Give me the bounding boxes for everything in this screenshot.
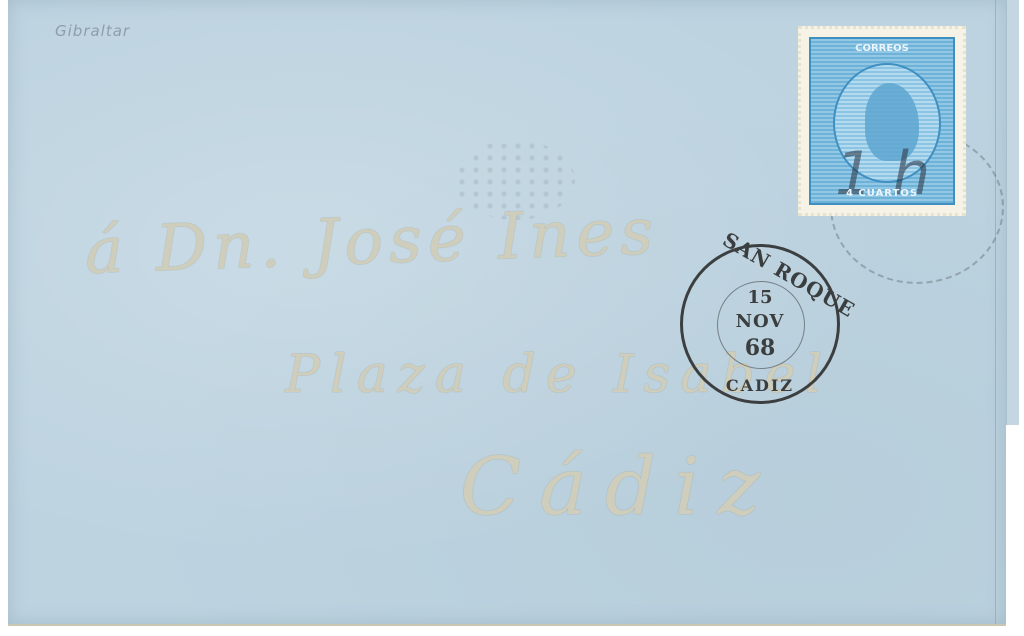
postmark-day: 15 (683, 287, 837, 308)
stamp-frame: CORREOS 1 h 4 CUARTOS (809, 37, 955, 205)
fold-line (995, 0, 996, 624)
postmark-year: 68 (683, 335, 837, 361)
address-line-city: Cádiz (460, 440, 778, 533)
stamp-value-text: 4 CUARTOS (811, 188, 953, 199)
cover-flap (1006, 0, 1019, 425)
postmark-province: CADIZ (683, 376, 837, 395)
stamp-top-text: CORREOS (811, 43, 953, 54)
postmark-month: NOV (683, 311, 837, 332)
pencil-annotation: Gibraltar (55, 22, 130, 40)
postmark: SAN ROQUE 15 NOV 68 CADIZ (680, 244, 840, 404)
postage-stamp: CORREOS 1 h 4 CUARTOS (798, 26, 966, 216)
